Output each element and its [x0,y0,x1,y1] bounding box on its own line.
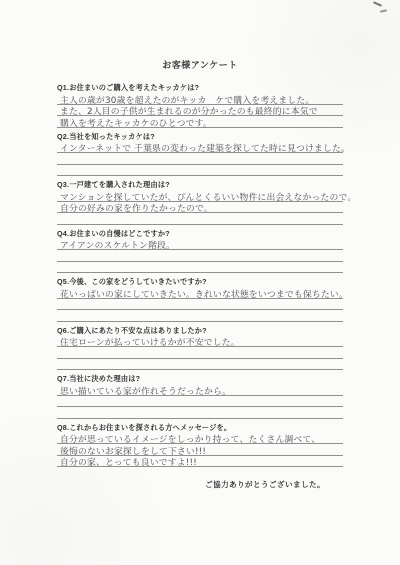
question-number: Q4. [57,229,69,238]
blank-answer-line [57,250,343,262]
question-number: Q7. [57,374,69,383]
question-text: 今後、この家をどうしていきたいですか? [69,277,207,286]
answer-line: また、2人目の子供が生まれるのが分かったのも最終的に本気で [57,105,343,117]
blank-answer-line [57,407,343,419]
blank-answer-line [57,165,343,177]
question-block: Q4.お住まいの自慢はどこですか?アイアンのスケルトン階段。 [57,228,343,274]
question-label: Q3.一戸建てを購入された理由は? [57,179,343,190]
question-number: Q2. [57,132,69,141]
blank-answer-line [57,359,343,371]
closing-note: ご協力ありがとうございました。 [57,479,343,490]
question-number: Q5. [57,277,69,286]
handwritten-answer: 自分の家、とっても良いですよ!!! [60,458,197,468]
blank-answer-line [57,347,343,359]
question-text: お住まいの自慢はどこですか? [69,229,170,238]
question-number: Q8. [57,423,69,432]
answer-line: マンションを探していたが、ぴんとくるいい物件に出会えなかったので。 [57,190,343,202]
question-block: Q5.今後、この家をどうしていきたいですか?花いっぱいの家にしていきたい。きれい… [57,276,343,322]
answer-line: 自分の家、とっても良いですよ!!! [57,456,343,468]
question-text: これからお住まいを探される方へメッセージを。 [69,423,231,432]
answer-line: 思い描いている家が作れそうだったから。 [57,384,343,396]
question-label: Q2.当社を知ったキッカケは? [57,131,343,142]
question-label: Q8.これからお住まいを探される方へメッセージを。 [57,422,343,433]
question-block: Q1.お住まいのご購入を考えたキッカケは?主人の歳が30歳を超えたのがキッカ ケ… [57,82,343,128]
question-label: Q1.お住まいのご購入を考えたキッカケは? [57,82,343,93]
question-text: お住まいのご購入を考えたキッカケは? [69,83,199,92]
answer-line: 自分が思っているイメージをしっかり持って、たくさん調べて、 [57,433,343,445]
answer-line: 住宅ローンが払っていけるかが不安でした。 [57,336,343,348]
question-text: ご購入にあたり不安な点はありましたか? [69,326,207,335]
answer-line: インターネットで 千葉県の変わった建築を探してた時に見つけました。 [57,142,343,154]
answer-line: 自分の好みの家を作りたかったので。 [57,202,343,214]
question-text: 当社に決めた理由は? [69,374,140,383]
handwritten-answer: 購入を考えたキッカケのひとつです。 [60,119,212,129]
question-label: Q4.お住まいの自慢はどこですか? [57,228,343,239]
blank-answer-line [57,153,343,165]
page-title: お客様アンケート [57,60,343,71]
blank-answer-line [57,396,343,408]
blank-answer-line [57,310,343,322]
question-number: Q1. [57,83,69,92]
scan-noise-mark [380,9,387,12]
question-block: Q6.ご購入にあたり不安な点はありましたか?住宅ローンが払っていけるかが不安でし… [57,325,343,371]
answer-line: 主人の歳が30歳を超えたのがキッカ ケで購入を考えました。 [57,93,343,105]
question-number: Q6. [57,326,69,335]
question-label: Q7.当社に決めた理由は? [57,373,343,384]
blank-answer-line [57,262,343,274]
blank-answer-line [57,299,343,311]
question-text: 当社を知ったキッカケは? [69,132,155,141]
question-block: Q8.これからお住まいを探される方へメッセージを。自分が思っているイメージをしっ… [57,422,343,468]
answer-line: 花いっぱいの家にしていきたい。きれいな状態をいつまでも保ちたい。 [57,287,343,299]
question-number: Q3. [57,180,69,189]
blank-answer-line [57,213,343,225]
question-text: 一戸建てを購入された理由は? [69,180,170,189]
answer-line: 後悔のないお家探しをして下さい!!! [57,444,343,456]
answer-line: 購入を考えたキッカケのひとつです。 [57,116,343,128]
question-block: Q2.当社を知ったキッカケは?インターネットで 千葉県の変わった建築を探してた時… [57,131,343,177]
scan-noise-mark [373,1,382,6]
question-list: Q1.お住まいのご購入を考えたキッカケは?主人の歳が30歳を超えたのがキッカ ケ… [57,82,343,467]
question-label: Q6.ご購入にあたり不安な点はありましたか? [57,325,343,336]
question-block: Q3.一戸建てを購入された理由は?マンションを探していたが、ぴんとくるいい物件に… [57,179,343,225]
question-label: Q5.今後、この家をどうしていきたいですか? [57,276,343,287]
survey-sheet: お客様アンケート Q1.お住まいのご購入を考えたキッカケは?主人の歳が30歳を超… [0,0,400,565]
question-block: Q7.当社に決めた理由は?思い描いている家が作れそうだったから。 [57,373,343,419]
answer-line: アイアンのスケルトン階段。 [57,239,343,251]
